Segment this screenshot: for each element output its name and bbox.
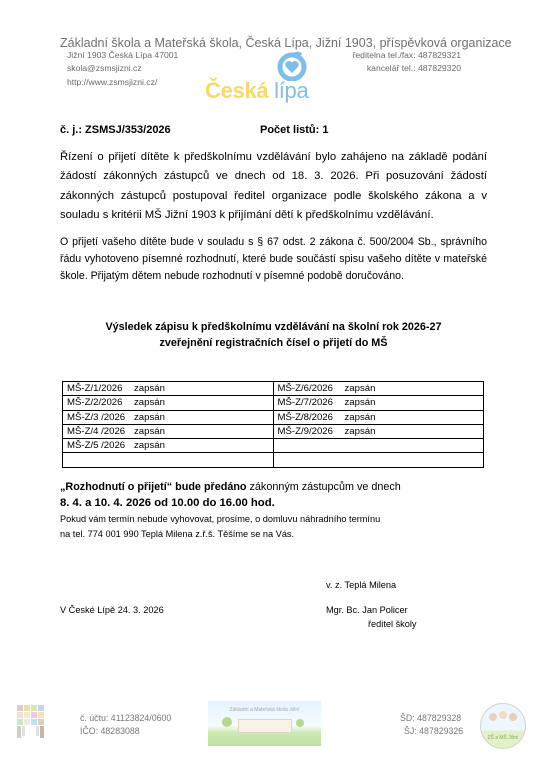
registration-cell: MŠ-Z/2/2026zapsán <box>63 396 274 410</box>
decision-note-line-2: na tel. 774 001 990 Teplá Milena z.ř.š. … <box>60 527 294 542</box>
results-subtitle: zveřejnění registračních čísel o přijetí… <box>60 336 487 352</box>
ceska-lipa-logo: Česká lípa <box>205 78 308 104</box>
registration-cell: MŠ-Z/3 /2026zapsán <box>63 410 274 424</box>
school-email-link[interactable]: skola@zsmsjizni.cz <box>67 63 142 73</box>
registration-status: zapsán <box>134 397 165 408</box>
results-title: Výsledek zápisu k předškolnímu vzděláván… <box>60 320 487 336</box>
decision-bold-text: „Rozhodnutí o přijetí“ bude předáno <box>60 481 247 493</box>
kids-badge-image: ZŠ a MŠ Jižní <box>480 703 526 749</box>
registration-cell: MŠ-Z/6/2026zapsán <box>273 382 484 396</box>
door-logo-image <box>17 705 44 738</box>
director-role: ředitel školy <box>368 619 417 629</box>
decision-dates: 8. 4. a 10. 4. 2026 od 10.00 do 16.00 ho… <box>60 496 275 512</box>
registration-cell <box>273 439 484 453</box>
registration-code: MŠ-Z/1/2026 <box>67 383 134 394</box>
school-name: Základní škola a Mateřská škola, Česká L… <box>60 36 512 50</box>
registration-cell: MŠ-Z/5 /2026zapsán <box>63 439 274 453</box>
registration-status: zapsán <box>134 383 165 394</box>
registration-code: MŠ-Z/5 /2026 <box>67 440 134 451</box>
decision-normal-text: zákonným zástupcům ve dnech <box>247 481 401 493</box>
decision-handover: „Rozhodnutí o přijetí“ bude předáno záko… <box>60 480 401 496</box>
registration-cell: MŠ-Z/8/2026zapsán <box>273 410 484 424</box>
registration-code: MŠ-Z/9/2026 <box>278 426 345 437</box>
table-row: MŠ-Z/1/2026zapsánMŠ-Z/6/2026zapsán <box>63 382 484 396</box>
on-behalf-name: v. z. Teplá Milena <box>326 580 396 590</box>
place-date: V České Lípě 24. 3. 2026 <box>60 605 164 615</box>
heart-icon <box>277 51 307 81</box>
canteen-phone: ŠJ: 487829326 <box>404 725 463 738</box>
registration-cell <box>63 453 274 467</box>
registration-cell: MŠ-Z/1/2026zapsán <box>63 382 274 396</box>
director-name: Mgr. Bc. Jan Policer <box>326 605 408 615</box>
reference-number: č. j.: ZSMSJ/353/2026 <box>60 124 171 136</box>
registration-status: zapsán <box>345 412 376 423</box>
registration-code: MŠ-Z/8/2026 <box>278 412 345 423</box>
registration-status: zapsán <box>345 426 376 437</box>
director-phone: ředitelna tel./fax: 487829321 <box>353 50 461 60</box>
office-phone: kancelář tel.: 487829320 <box>367 63 461 73</box>
registration-status: zapsán <box>345 383 376 394</box>
registration-code: MŠ-Z/6/2026 <box>278 383 345 394</box>
registration-code: MŠ-Z/3 /2026 <box>67 412 134 423</box>
registration-status: zapsán <box>134 426 165 437</box>
registration-status: zapsán <box>345 397 376 408</box>
table-row: MŠ-Z/5 /2026zapsán <box>63 439 484 453</box>
registration-status: zapsán <box>134 440 165 451</box>
registration-code: MŠ-Z/4 /2026 <box>67 426 134 437</box>
table-row <box>63 453 484 467</box>
table-row: MŠ-Z/4 /2026zapsánMŠ-Z/9/2026zapsán <box>63 424 484 438</box>
school-banner-image: Základní a Mateřská škola Jižní <box>208 701 321 746</box>
paragraph-procedure: Řízení o přijetí dítěte k předškolnímu v… <box>60 148 487 226</box>
registration-cell <box>273 453 484 467</box>
registration-code: MŠ-Z/2/2026 <box>67 397 134 408</box>
table-row: MŠ-Z/2/2026zapsánMŠ-Z/7/2026zapsán <box>63 396 484 410</box>
registration-cell: MŠ-Z/7/2026zapsán <box>273 396 484 410</box>
registration-status: zapsán <box>134 412 165 423</box>
school-address: Jižní 1903 Česká Lípa 47001 <box>67 50 178 60</box>
paragraph-decision-info: O přijetí vašeho dítěte bude v souladu s… <box>60 234 487 286</box>
after-school-phone: ŠD: 487829328 <box>400 712 461 725</box>
bank-account: č. účtu: 41123824/0600 <box>80 712 171 725</box>
logo-word-2: lípa <box>274 78 308 103</box>
company-id: IČO: 48283088 <box>80 725 140 738</box>
registration-cell: MŠ-Z/4 /2026zapsán <box>63 424 274 438</box>
kids-badge-text: ZŠ a MŠ Jižní <box>481 735 525 741</box>
logo-word-1: Česká <box>205 78 268 103</box>
registration-cell: MŠ-Z/9/2026zapsán <box>273 424 484 438</box>
decision-note-line-1: Pokud vám termín nebude vyhovovat, prosí… <box>60 512 380 527</box>
school-banner-text: Základní a Mateřská škola Jižní <box>208 707 321 713</box>
results-heading: Výsledek zápisu k předškolnímu vzděláván… <box>60 320 487 351</box>
registration-table: MŠ-Z/1/2026zapsánMŠ-Z/6/2026zapsánMŠ-Z/2… <box>62 381 484 468</box>
registration-code: MŠ-Z/7/2026 <box>278 397 345 408</box>
table-row: MŠ-Z/3 /2026zapsánMŠ-Z/8/2026zapsán <box>63 410 484 424</box>
school-web-link[interactable]: http://www.zsmsjizni.cz/ <box>67 77 157 87</box>
page-count: Počet listů: 1 <box>260 124 328 136</box>
